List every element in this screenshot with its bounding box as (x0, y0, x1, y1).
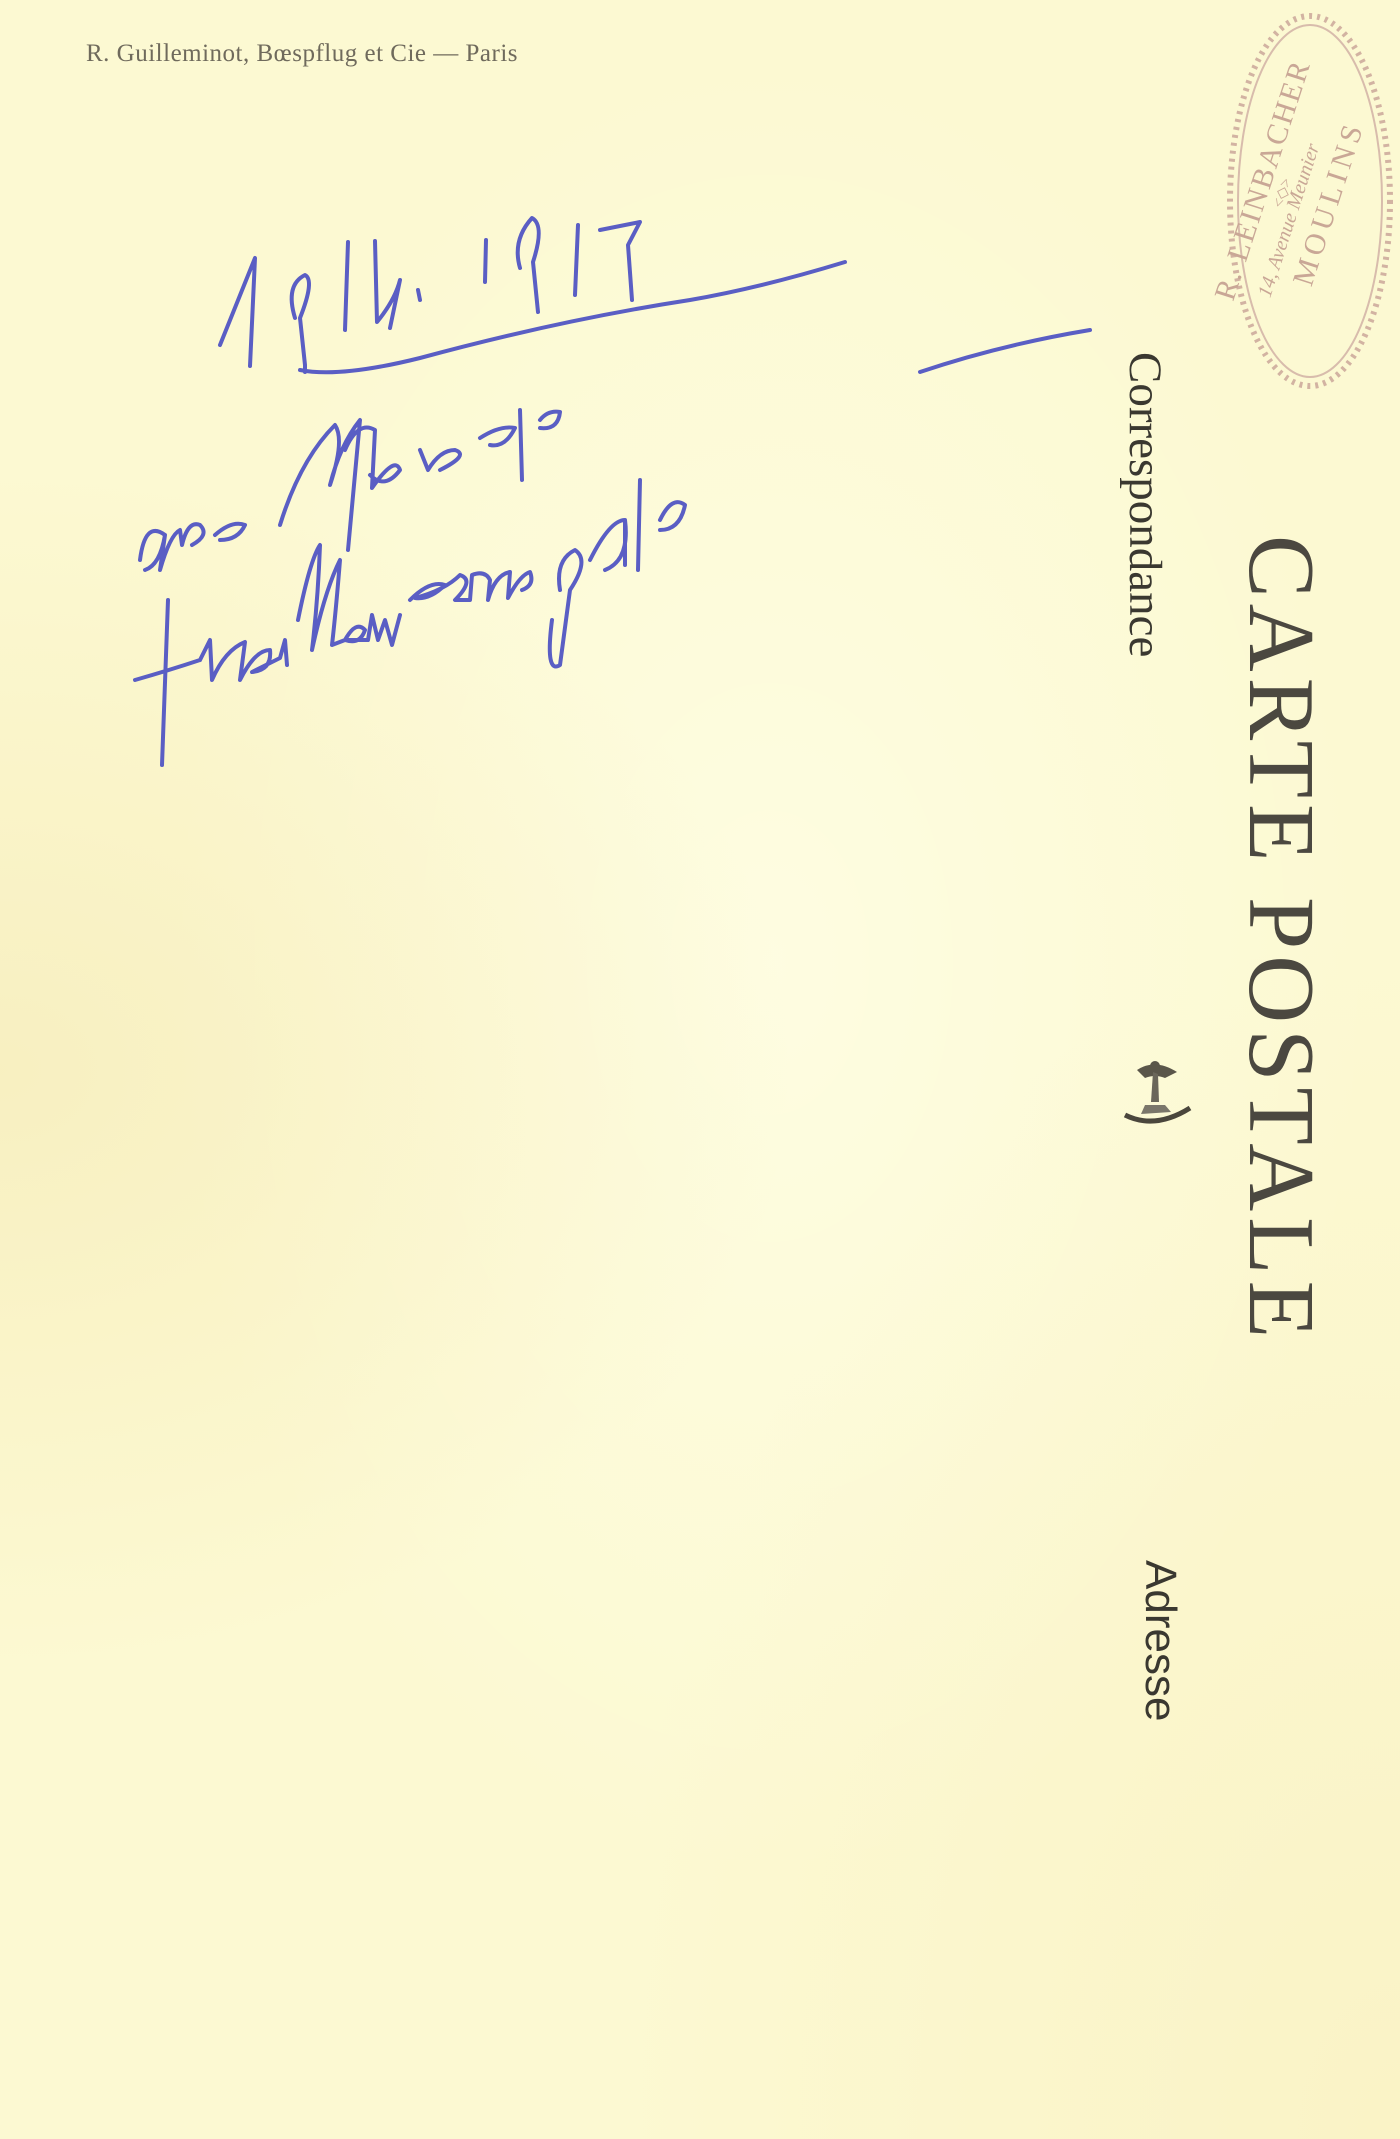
publisher-imprint: R. Guilleminot, Bœspflug et Cie — Paris (86, 40, 518, 68)
carte-postale-title: CARTE POSTALE (1234, 535, 1328, 1344)
address-label: Adresse (1138, 1560, 1182, 1721)
correspondence-label: Correspondance (1121, 352, 1168, 657)
sower-emblem-icon (1115, 1050, 1195, 1130)
photographer-stamp: R. LEINBACHER 14, Avenue Meunier <◇> MOU… (1195, 6, 1395, 391)
postcard-back: R. Guilleminot, Bœspflug et Cie — Paris … (0, 0, 1400, 2139)
